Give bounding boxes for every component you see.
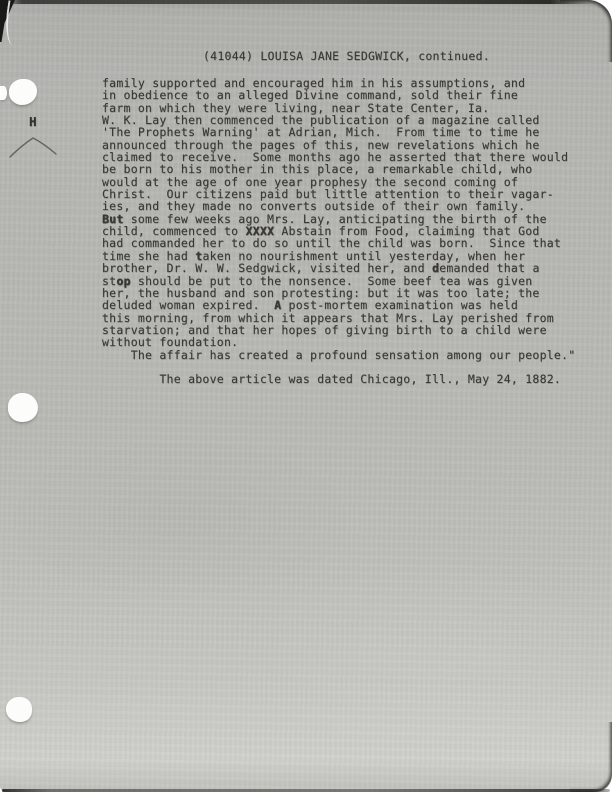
page-title: (41044) LOUISA JANE SEDGWICK, continued. — [203, 49, 490, 63]
text-segment: The affair has created a profound sensat… — [102, 348, 575, 362]
punch-hole-middle — [8, 393, 38, 422]
punch-hole-edge-fragment — [0, 86, 7, 100]
punch-hole-bottom — [6, 697, 32, 722]
punch-hole-top — [9, 79, 37, 105]
text-line: The above article was dated Chicago, Ill… — [102, 373, 575, 385]
document-body: family supported and encouraged him in h… — [102, 77, 575, 386]
page-corner-curl-top-right — [560, 0, 612, 62]
text-segment: The above article was dated Chicago, Ill… — [102, 372, 561, 386]
caret-mark — [7, 130, 59, 160]
margin-note-h: H — [29, 114, 37, 129]
paper-page: H (41044) LOUISA JANE SEDGWICK, continue… — [0, 0, 612, 792]
page-top-edge — [4, 0, 598, 4]
text-line: The affair has created a profound sensat… — [102, 349, 575, 361]
scanned-document-photo: { "document": { "header": "(41044) LOUIS… — [0, 0, 612, 792]
page-corner-curl-bottom-right — [570, 722, 612, 792]
